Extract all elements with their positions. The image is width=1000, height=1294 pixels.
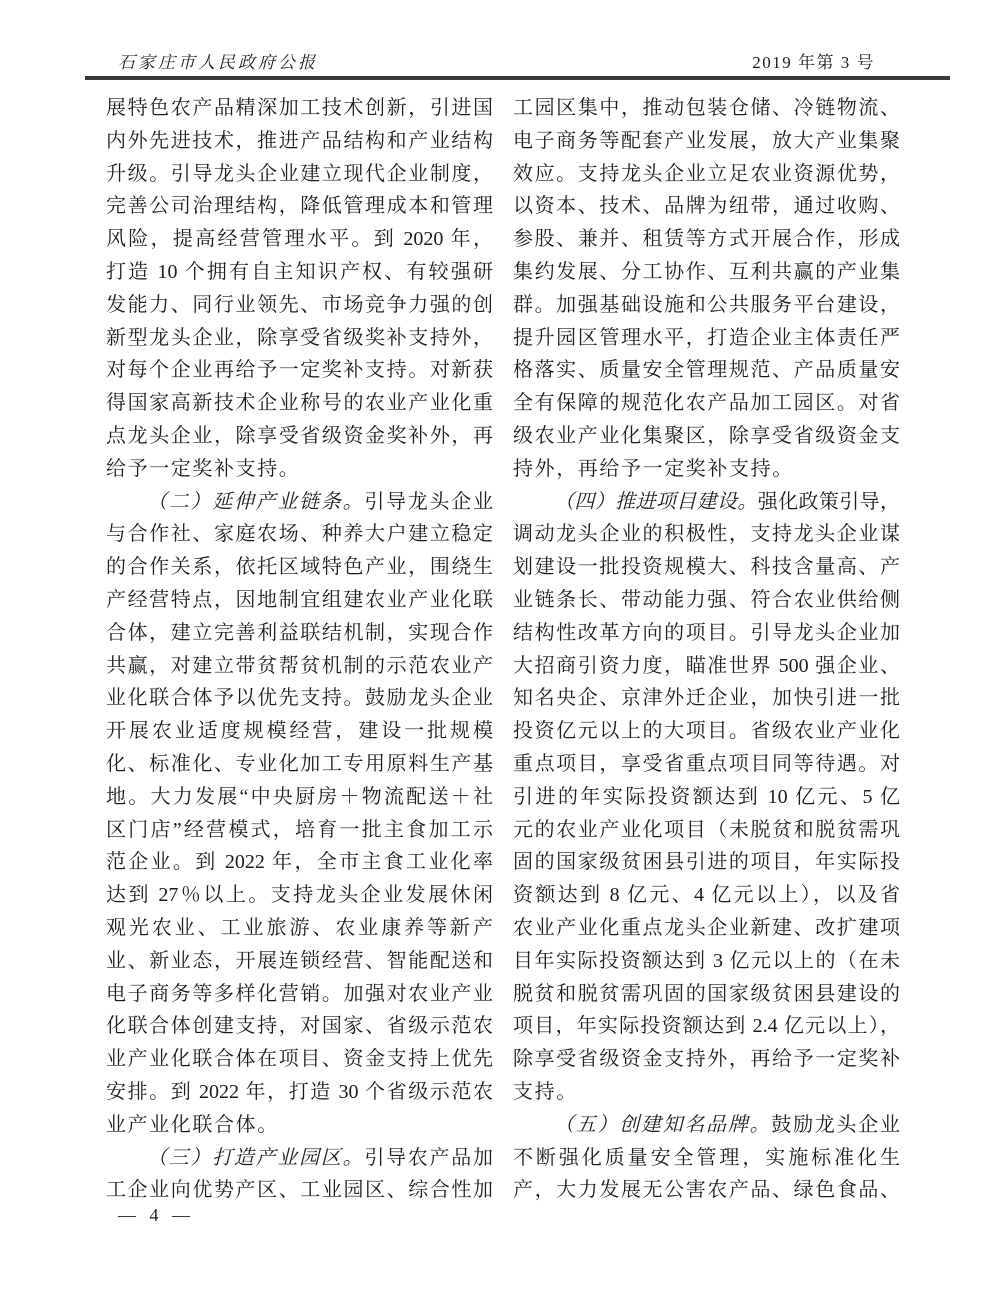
text-line: 知名央企、京津外迁企业，加快引进一批 [513, 682, 900, 715]
text-line: 风险，提高经营管理水平。到 2020 年， [106, 223, 493, 256]
text-line: 集约发展、分工协作、互利共赢的产业集 [513, 256, 900, 289]
text-line: 完善公司治理结构，降低管理成本和管理 [106, 190, 493, 223]
text-line: 升级。引导龙头企业建立现代企业制度， [106, 158, 493, 191]
section-heading-line: （二）延伸产业链条。引导龙头企业 [106, 486, 493, 519]
text-line: 资额达到 8 亿元、4 亿元以上），以及省 [513, 879, 900, 912]
text-line: 对每个企业再给予一定奖补支持。对新获 [106, 354, 493, 387]
text-line: 电子商务等多样化营销。加强对农业产业 [106, 978, 493, 1011]
text-line: 不断强化质量安全管理，实施标准化生 [513, 1142, 900, 1175]
text-line: 产，大力发展无公害农产品、绿色食品、 [513, 1174, 900, 1207]
text-line: 持外，再给予一定奖补支持。 [513, 453, 900, 486]
text-line: 点龙头企业，除享受省级资金奖补外，再 [106, 420, 493, 453]
text-line: 新型龙头企业，除享受省级奖补支持外， [106, 322, 493, 355]
text-line: 发能力、同行业领先、市场竞争力强的创 [106, 289, 493, 322]
text-line: 开展农业适度规模经营，建设一批规模 [106, 715, 493, 748]
section-heading-line: （三）打造产业园区。引导农产品加 [106, 1142, 493, 1175]
text-line: 大招商引资力度，瞄准世界 500 强企业、 [513, 650, 900, 683]
issue-number: 2019 年第 3 号 [752, 48, 875, 73]
text-line: 共赢，对建立带贫帮贫机制的示范农业产 [106, 650, 493, 683]
text-line: 目年实际投资额达到 3 亿元以上的（在未 [513, 945, 900, 978]
section-heading: （三）打造产业园区。 [147, 1147, 364, 1169]
text-line: 元的农业产业化项目（未脱贫和脱贫需巩 [513, 814, 900, 847]
text-line: 业产业化联合体在项目、资金支持上优先 [106, 1043, 493, 1076]
section-heading: （四）推进项目建设。 [554, 491, 758, 513]
text-line: 全有保障的规范化农产品加工园区。对省 [513, 387, 900, 420]
right-text-column: 工园区集中，推动包装仓储、冷链物流、电子商务等配套产业发展，放大产业集聚效应。支… [513, 92, 900, 1207]
text-line: 划建设一批投资规模大、科技含量高、产 [513, 551, 900, 584]
text-line: 合体，建立完善利益联结机制，实现合作 [106, 617, 493, 650]
text-line: 观光农业、工业旅游、农业康养等新产 [106, 912, 493, 945]
text-line: 参股、兼并、租赁等方式开展合作，形成 [513, 223, 900, 256]
header-divider-rule [85, 76, 950, 80]
text-line: 提升园区管理水平，打造企业主体责任严 [513, 322, 900, 355]
text-line: 工园区集中，推动包装仓储、冷链物流、 [513, 92, 900, 125]
text-line: 以资本、技术、品牌为纽带，通过收购、 [513, 190, 900, 223]
text-line: 产经营特点，因地制宜组建农业产业化联 [106, 584, 493, 617]
text-line: 展特色农产品精深加工技术创新，引进国 [106, 92, 493, 125]
text-line: 安排。到 2022 年，打造 30 个省级示范农 [106, 1076, 493, 1109]
text-line: 地。大力发展“中央厨房＋物流配送＋社 [106, 781, 493, 814]
text-line: 农业产业化重点龙头企业新建、改扩建项 [513, 912, 900, 945]
section-heading-line: （五）创建知名品牌。鼓励龙头企业 [513, 1109, 900, 1142]
text-line: 调动龙头企业的积极性，支持龙头企业谋 [513, 518, 900, 551]
text-line: 打造 10 个拥有自主知识产权、有较强研 [106, 256, 493, 289]
text-line: 除享受省级资金支持外，再给予一定奖补 [513, 1043, 900, 1076]
left-text-column: 展特色农产品精深加工技术创新，引进国内外先进技术，推进产品结构和产业结构升级。引… [106, 92, 493, 1207]
page-number: — 4 — [118, 1205, 191, 1226]
text-line: 化联合体创建支持，对国家、省级示范农 [106, 1010, 493, 1043]
text-line: 内外先进技术，推进产品结构和产业结构 [106, 125, 493, 158]
section-heading-line: （四）推进项目建设。强化政策引导， [513, 486, 900, 519]
text-line: 重点项目，享受省重点项目同等待遇。对 [513, 748, 900, 781]
text-line: 业化联合体予以优先支持。鼓励龙头企业 [106, 682, 493, 715]
text-line: 固的国家级贫困县引进的项目，年实际投 [513, 846, 900, 879]
section-heading: （二）延伸产业链条。 [147, 491, 364, 513]
text-line: 的合作关系，依托区域特色产业，围绕生 [106, 551, 493, 584]
gazette-title: 石家庄市人民政府公报 [118, 48, 318, 73]
text-line: 群。加强基础设施和公共服务平台建设， [513, 289, 900, 322]
text-line: 项目，年实际投资额达到 2.4 亿元以上）， [513, 1010, 900, 1043]
text-line: 电子商务等配套产业发展，放大产业集聚 [513, 125, 900, 158]
text-line: 业产业化联合体。 [106, 1109, 493, 1142]
text-line: 投资亿元以上的大项目。省级农业产业化 [513, 715, 900, 748]
text-line: 范企业。到 2022 年，全市主食工业化率 [106, 846, 493, 879]
text-line: 区门店”经营模式，培育一批主食加工示 [106, 814, 493, 847]
text-line: 格落实、质量安全管理规范、产品质量安 [513, 354, 900, 387]
text-line: 业、新业态，开展连锁经营、智能配送和 [106, 945, 493, 978]
page-header: 石家庄市人民政府公报 2019 年第 3 号 [118, 48, 875, 73]
text-line: 脱贫和脱贫需巩固的国家级贫困县建设的 [513, 978, 900, 1011]
text-line: 工企业向优势产区、工业园区、综合性加 [106, 1174, 493, 1207]
text-line: 化、标准化、专业化加工专用原料生产基 [106, 748, 493, 781]
text-line: 与合作社、家庭农场、种养大户建立稳定 [106, 518, 493, 551]
gazette-page: 石家庄市人民政府公报 2019 年第 3 号 展特色农产品精深加工技术创新，引进… [0, 0, 1000, 1294]
text-line: 支持。 [513, 1076, 900, 1109]
text-line: 给予一定奖补支持。 [106, 453, 493, 486]
text-line: 效应。支持龙头企业立足农业资源优势， [513, 158, 900, 191]
text-line: 级农业产业化集聚区，除享受省级资金支 [513, 420, 900, 453]
text-line: 结构性改革方向的项目。引导龙头企业加 [513, 617, 900, 650]
section-heading: （五）创建知名品牌。 [554, 1114, 771, 1136]
text-line: 达到 27％以上。支持龙头企业发展休闲 [106, 879, 493, 912]
text-line: 引进的年实际投资额达到 10 亿元、5 亿 [513, 781, 900, 814]
text-line: 业链条长、带动能力强、符合农业供给侧 [513, 584, 900, 617]
text-line: 得国家高新技术企业称号的农业产业化重 [106, 387, 493, 420]
